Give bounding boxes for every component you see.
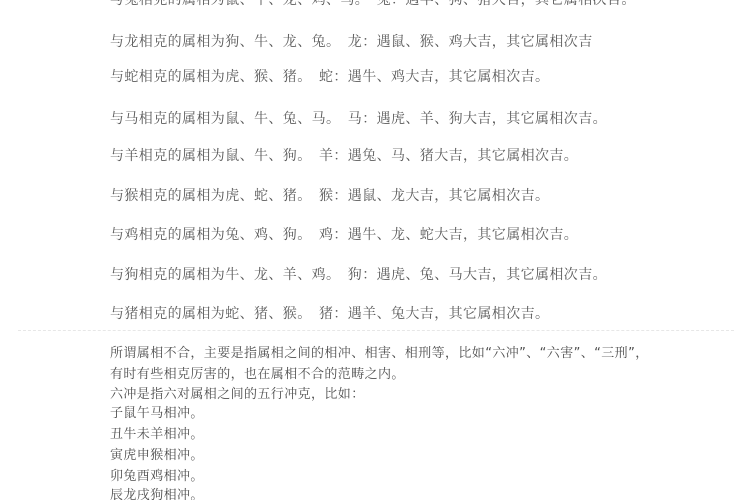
zodiac-compat-line-snake: 与蛇相克的属相为虎、猴、猪。 蛇：遇牛、鸡大吉，其它属相次吉。 xyxy=(110,70,549,84)
zodiac-compat-line-horse: 与马相克的属相为鼠、牛、兔、马。 马：遇虎、羊、狗大吉，其它属相次吉。 xyxy=(110,112,607,126)
conflict-intro-line-1: 所谓属相不合，主要是指属相之间的相冲、相害、相刑等，比如“六冲”、“六害”、“三… xyxy=(110,347,649,360)
conflict-pair-dragon-dog: 辰龙戌狗相冲。 xyxy=(110,489,204,500)
conflict-pair-rabbit-rooster: 卯兔酉鸡相冲。 xyxy=(110,470,204,483)
conflict-pair-ox-goat: 丑牛未羊相冲。 xyxy=(110,428,204,441)
zodiac-compat-line-pig: 与猪相克的属相为蛇、猪、猴。 猪：遇羊、兔大吉，其它属相次吉。 xyxy=(110,307,549,321)
document-page: 与兔相克的属相为鼠、牛、龙、鸡、马。 兔：遇羊、狗、猪大吉，其它属相次吉。 与龙… xyxy=(0,0,750,500)
six-conflicts-heading: 六冲是指六对属相之间的五行冲克，比如： xyxy=(110,388,365,401)
conflict-pair-rat-horse: 子鼠午马相冲。 xyxy=(110,407,204,420)
zodiac-compat-line-dog: 与狗相克的属相为牛、龙、羊、鸡。 狗：遇虎、兔、马大吉，其它属相次吉。 xyxy=(110,268,607,282)
zodiac-compat-line-rabbit: 与兔相克的属相为鼠、牛、龙、鸡、马。 兔：遇羊、狗、猪大吉，其它属相次吉。 xyxy=(110,0,636,7)
zodiac-compat-line-rooster: 与鸡相克的属相为兔、鸡、狗。 鸡：遇牛、龙、蛇大吉，其它属相次吉。 xyxy=(110,228,578,242)
zodiac-compat-line-goat: 与羊相克的属相为鼠、牛、狗。 羊：遇兔、马、猪大吉，其它属相次吉。 xyxy=(110,149,578,163)
conflict-pair-tiger-monkey: 寅虎申猴相冲。 xyxy=(110,449,204,462)
divider-line xyxy=(18,330,734,331)
zodiac-compat-line-monkey: 与猴相克的属相为虎、蛇、猪。 猴：遇鼠、龙大吉，其它属相次吉。 xyxy=(110,189,549,203)
conflict-intro-line-2: 有时有些相克厉害的，也在属相不合的范畴之内。 xyxy=(110,368,405,381)
zodiac-compat-line-dragon: 与龙相克的属相为狗、牛、龙、兔。 龙：遇鼠、猴、鸡大吉，其它属相次吉 xyxy=(110,35,593,49)
